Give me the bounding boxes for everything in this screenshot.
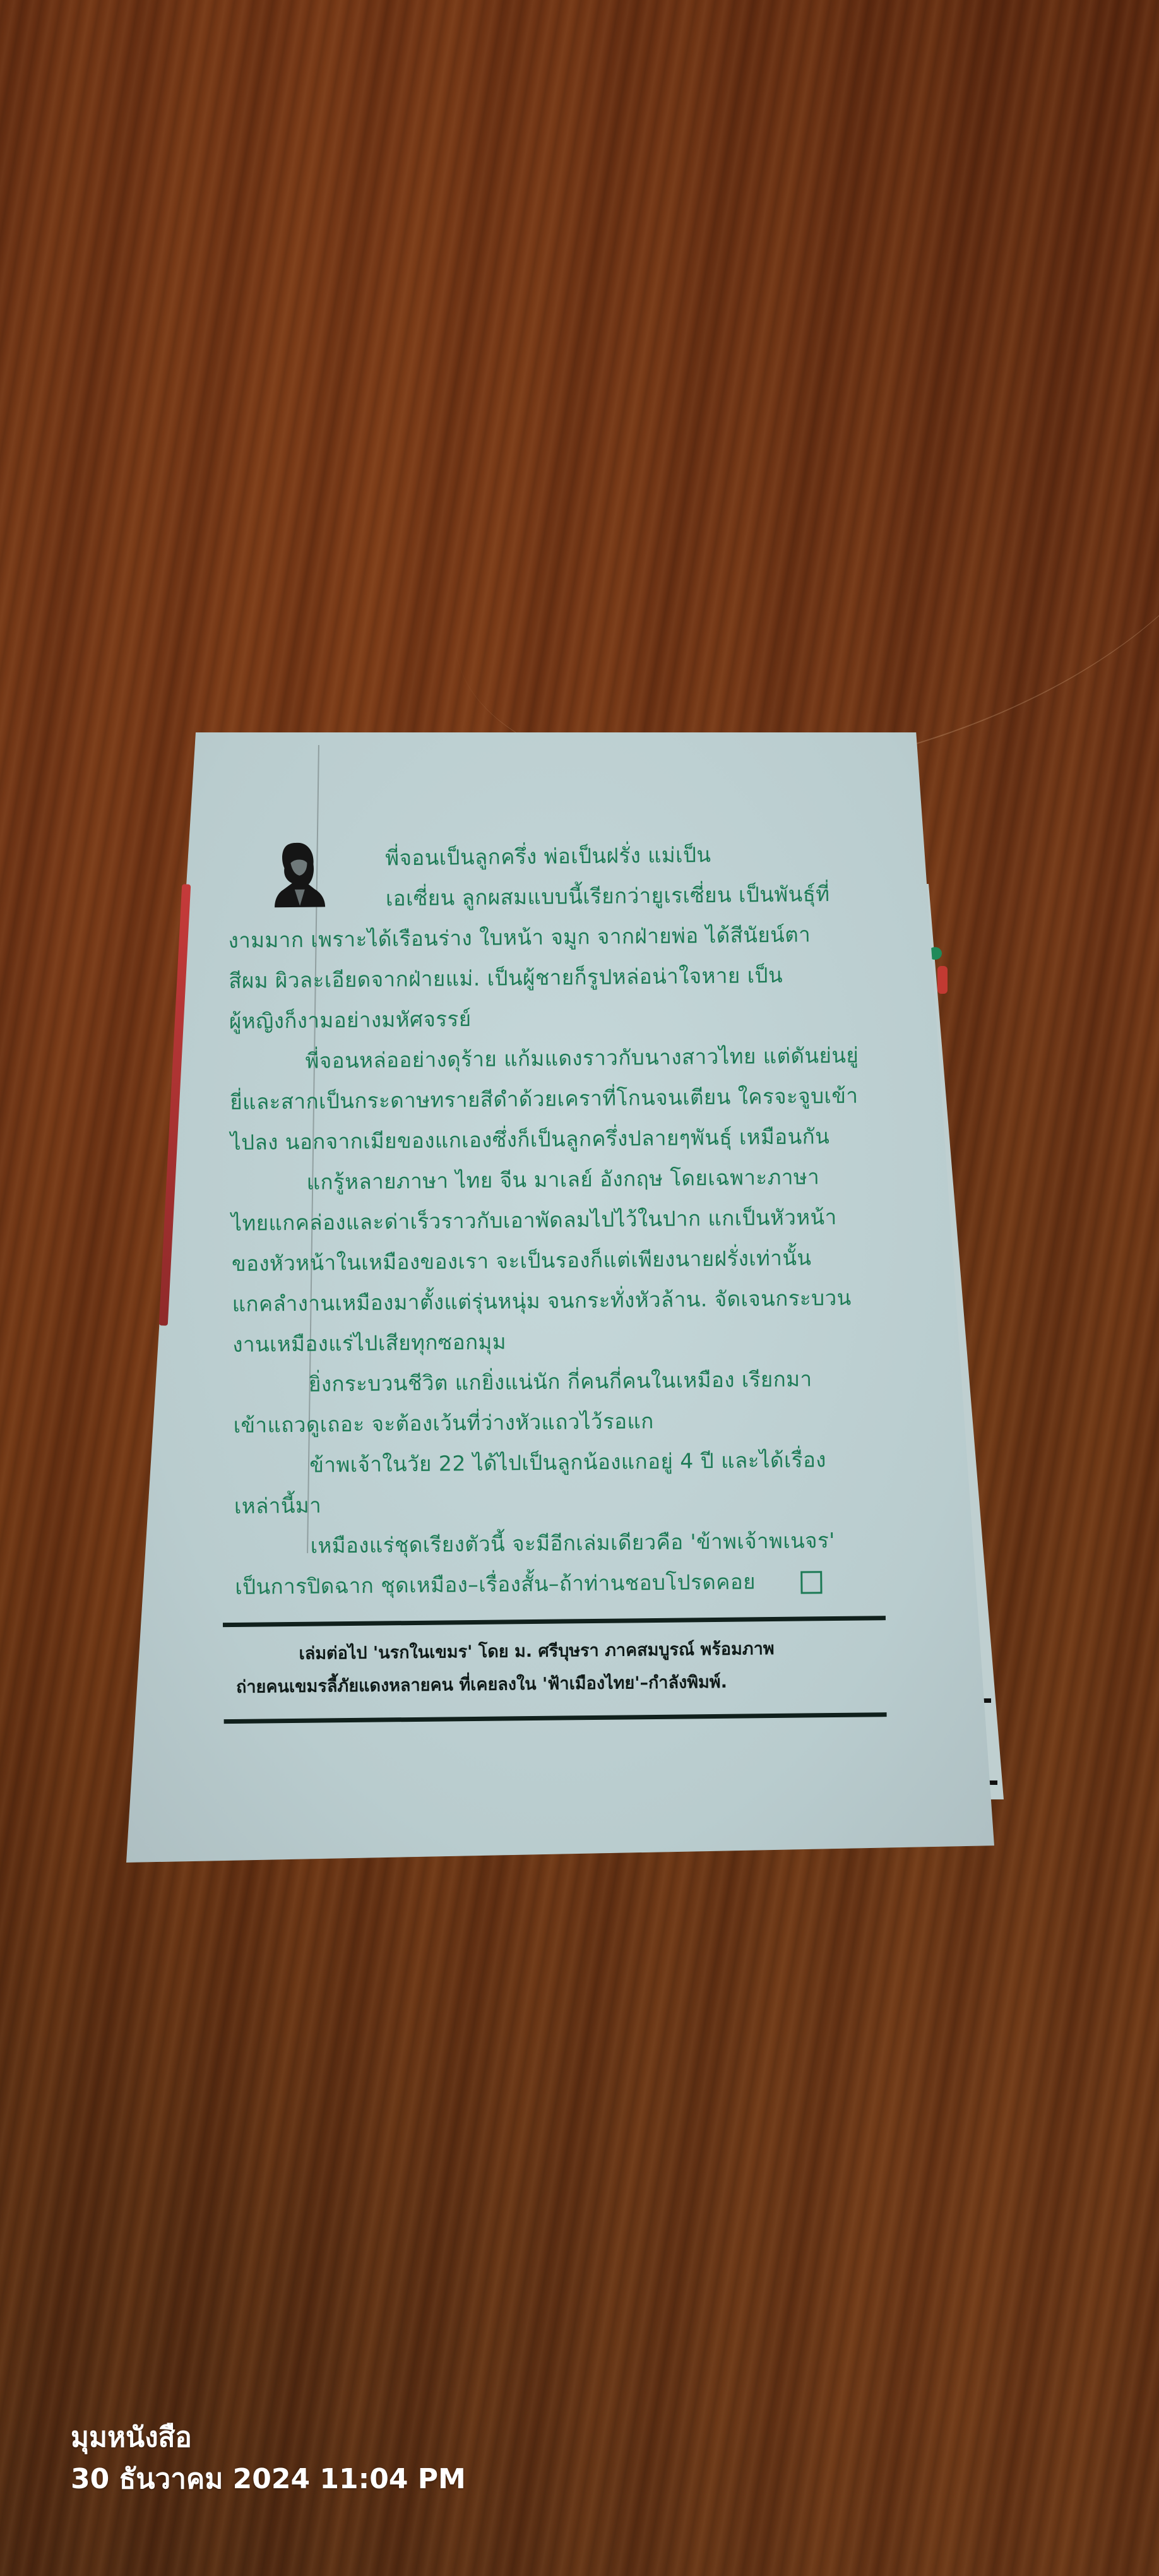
text-line: แกคลำงานเหมืองมาตั้งแต่รุ่นหนุ่ม จนกระทั… — [232, 1277, 889, 1325]
paragraph: แกรู้หลายภาษา ไทย จีน มาเลย์ อังกฤษ โดยเ… — [230, 1156, 889, 1365]
text-line: งามมาก เพราะได้เรือนร่าง ใบหน้า จมูก จาก… — [228, 914, 885, 961]
end-mark-icon — [800, 1571, 822, 1594]
underlying-book-red-mark — [937, 966, 948, 994]
photo-watermark: มุมหนังสือ 30 ธันวาคม 2024 11:04 PM — [71, 2417, 466, 2500]
note-line: ถ่ายคนเขมรลี้ภัยแดงหลายคน ที่เคยลงใน 'ฟ้… — [236, 1664, 893, 1704]
text-line: เข้าแถวดูเถอะ จะต้องเว้นที่ว่างหัวแถวไว้… — [233, 1398, 890, 1446]
text-line: เหมืองแร่ชุดเรียงตัวนี้ จะมีอีกเล่มเดียว… — [234, 1520, 891, 1567]
table-scratch — [410, 247, 1159, 826]
next-volume-note: เล่มต่อไป 'นรกในเขมร' โดย ม. ศรีบุษรา ภา… — [235, 1631, 893, 1704]
text-line: ของหัวหน้าในเหมืองของเรา จะเป็นรองก็แต่เ… — [232, 1237, 889, 1284]
text-line: ผู้หญิงก็งามอย่างมหัศจรรย์ — [229, 994, 886, 1042]
divider-rule — [223, 1616, 886, 1627]
text-line: ไปลง นอกจากเมียของแกเองซึ่งก็เป็นลูกครึ่… — [230, 1116, 888, 1163]
underlying-book-edge — [896, 884, 1004, 1799]
underlying-book-text: ลำ — [958, 1746, 987, 1784]
paragraph: เหมืองแร่ชุดเรียงตัวนี้ จะมีอีกเล่มเดียว… — [234, 1520, 891, 1607]
cover-text-block: พี่จอนเป็นลูกครึ่ง พ่อเป็นฝรั่ง แม่เป็น … — [227, 833, 893, 1735]
text-line: พี่จอนหล่ออย่างดุร้าย แก้มแดงราวกับนางสา… — [229, 1035, 886, 1082]
paragraph: ยิ่งกระบวนชีวิต แกยิ่งแน่นัก กี่คนกี่คนใ… — [233, 1358, 890, 1446]
watermark-title: มุมหนังสือ — [71, 2417, 466, 2459]
text-line: ยี่และสากเป็นกระดาษทรายสีดำด้วยเคราที่โก… — [230, 1075, 887, 1123]
spine-red-edge — [159, 884, 191, 1326]
author-portrait-icon — [270, 838, 328, 909]
text-line: เป็นการปิดฉาก ชุดเหมือง–เรื่องสั้น–ถ้าท่… — [235, 1560, 892, 1607]
text-line: ข้าพเจ้าในวัย 22 ได้ไปเป็นลูกน้องแกอยู่ … — [234, 1439, 891, 1486]
text-line-content: เป็นการปิดฉาก ชุดเหมือง–เรื่องสั้น–ถ้าท่… — [235, 1569, 756, 1599]
text-line: แกรู้หลายภาษา ไทย จีน มาเลย์ อังกฤษ โดยเ… — [230, 1156, 888, 1203]
underlying-book-green-mark — [928, 947, 942, 960]
paragraph: พี่จอนหล่ออย่างดุร้าย แก้มแดงราวกับนางสา… — [229, 1035, 887, 1163]
divider-rule — [224, 1712, 887, 1724]
underlying-book-rule — [934, 1698, 991, 1703]
paragraph: ข้าพเจ้าในวัย 22 ได้ไปเป็นลูกน้องแกอยู่ … — [234, 1439, 891, 1527]
text-line: สีผม ผิวละเอียดจากฝ่ายแม่. เป็นผู้ชายก็ร… — [229, 954, 886, 1001]
text-line: ไทยแกคล่องและด่าเร็วราวกับเอาพัดลมไปไว้ใ… — [231, 1196, 888, 1244]
text-line: งานเหมืองแร่ไปเสียทุกซอกมุม — [232, 1318, 889, 1365]
underlying-book-rule — [947, 1780, 997, 1785]
text-line: เหล่านี้มา — [234, 1479, 891, 1527]
watermark-datetime: 30 ธันวาคม 2024 11:04 PM — [71, 2459, 466, 2500]
text-line: ยิ่งกระบวนชีวิต แกยิ่งแน่นัก กี่คนกี่คนใ… — [233, 1358, 890, 1405]
